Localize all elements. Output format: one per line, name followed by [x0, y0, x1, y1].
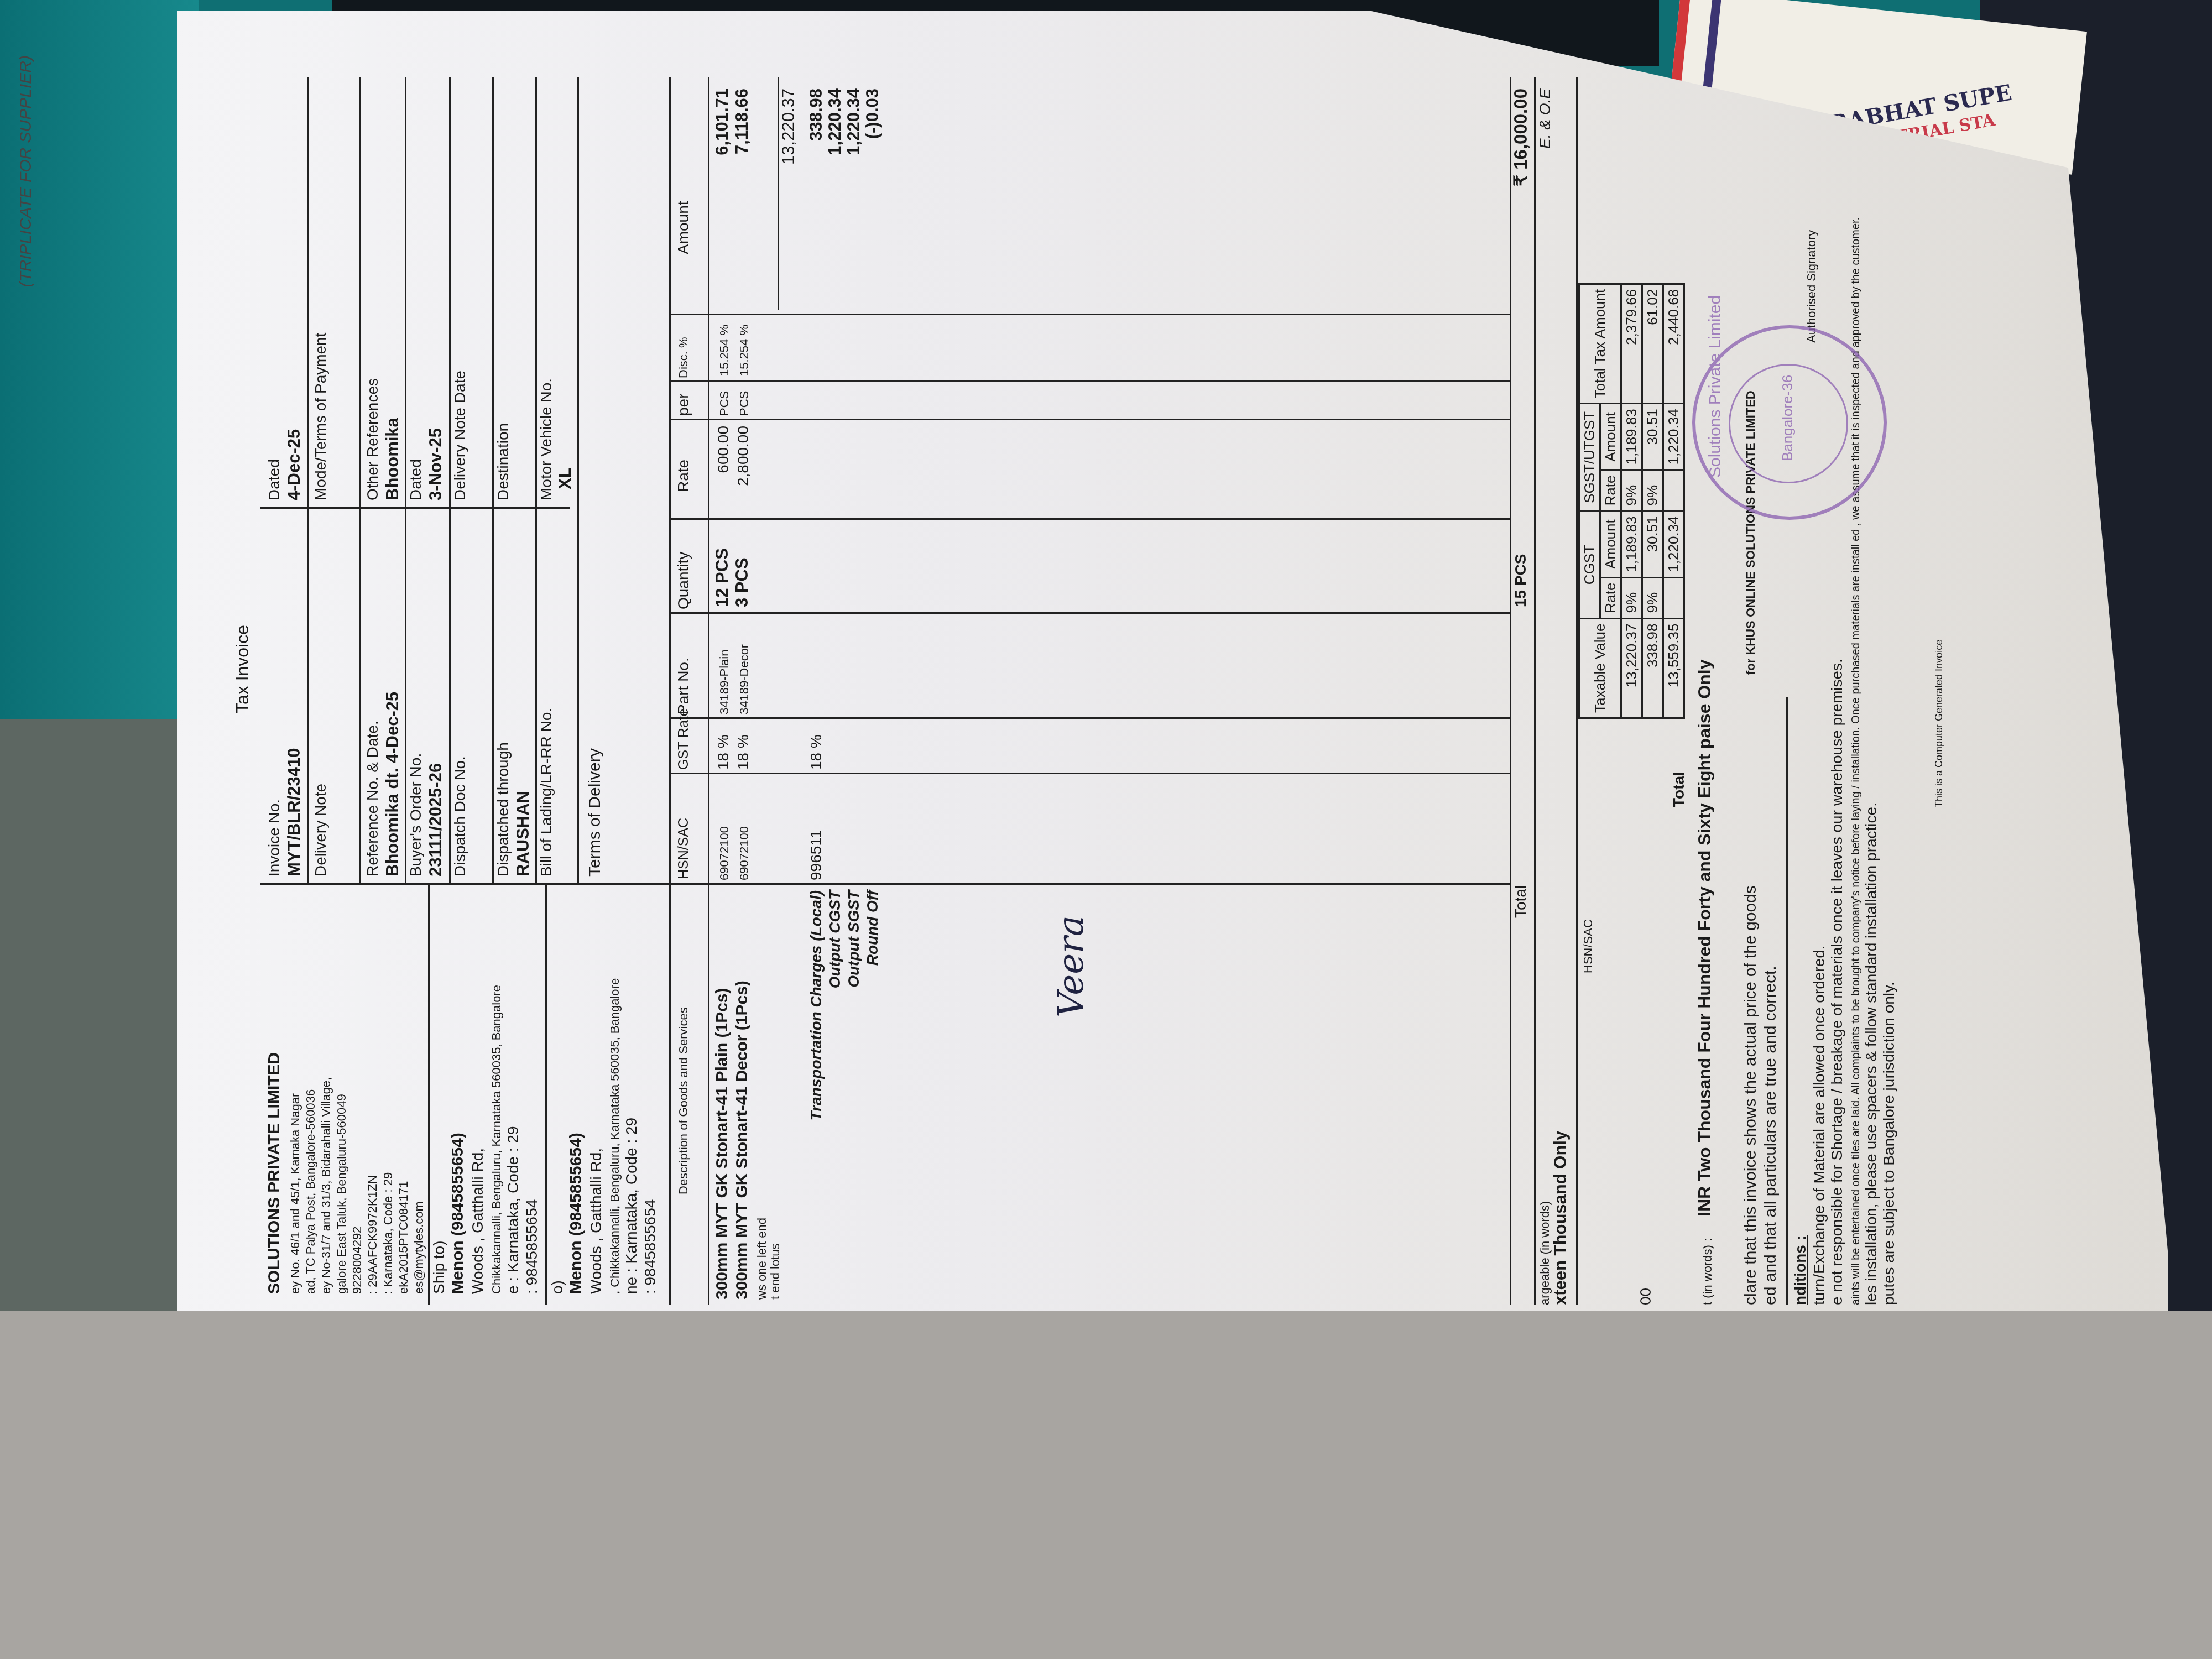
tax-summary-total-label: Total [1670, 771, 1688, 807]
header-part-no: Part No. [675, 658, 692, 714]
consignee-state: e : Karnataka, Code : 29 [504, 1126, 522, 1294]
header-quantity: Quantity [675, 552, 692, 609]
item-note-2: t end lotus [766, 1243, 784, 1300]
item-hsn: 69072100 [735, 826, 753, 880]
tax-cgst-amount: 1,189.83 [1621, 511, 1642, 577]
meta-label-vehicle-no: Motor Vehicle No. [538, 378, 555, 500]
tax-sgst-rate: 9% [1621, 470, 1642, 511]
item-disc: 15.254 % [716, 325, 733, 376]
tax-cgst-amount: 30.51 [1642, 511, 1663, 577]
charge-output-cgst: Output CGST [826, 890, 844, 1183]
tax-amount-in-words: INR Two Thousand Four Hundred Forty and … [1695, 660, 1713, 1217]
item-amount: 7,118.66 [733, 88, 751, 310]
meta-label-buyers-order: Buyer's Order No. [407, 753, 425, 877]
seller-email: es@mytyles.com [410, 1201, 428, 1294]
page-title: Tax Invoice [232, 33, 253, 1305]
order-date-value: 3-Nov-25 [427, 428, 445, 500]
meta-label-dispatch-doc: Dispatch Doc No. [451, 756, 469, 877]
hsn-summary-label: HSN/SAC [1579, 919, 1597, 973]
eoe-label: E. & O.E [1536, 88, 1554, 310]
item-gst-rate: 18 % [714, 734, 732, 770]
computer-generated-note: This is a Computer Generated Invoice [1930, 640, 1948, 807]
grey-surface-left [0, 719, 182, 1311]
meta-label-dispatched-through: Dispatched through [494, 742, 512, 877]
tax-taxable: 13,220.37 [1621, 618, 1642, 718]
condition-2: e not responsible for Shortage / breakag… [1828, 659, 1846, 1305]
consignee-phone: : 9845855654 [523, 1199, 541, 1294]
meta-label-terms-of-delivery: Terms of Delivery [586, 748, 604, 877]
tax-total: 2,379.66 [1621, 284, 1642, 404]
amount-in-words: xteen Thousand Only [1552, 1131, 1569, 1305]
consignee-address: Woods , Gatthalli Rd, [469, 1148, 487, 1294]
header-hsn: HSN/SAC [675, 818, 692, 879]
declaration-line-1: clare that this invoice shows the actual… [1742, 885, 1760, 1305]
charge-output-sgst-amount: 1,220.34 [845, 88, 863, 310]
stamp-city: Bangalore-36 [1778, 375, 1796, 461]
item-per: PCS [716, 391, 733, 416]
header-description: Description of Goods and Services [675, 1007, 692, 1194]
item-gst-rate: 18 % [734, 734, 752, 770]
item-per: PCS [735, 391, 753, 416]
other-references-value: Bhoomika [384, 418, 401, 500]
tax-cgst-rate: 9% [1642, 577, 1663, 618]
item-part-no: 34189-Decor [735, 644, 753, 714]
tax-total: 61.02 [1642, 284, 1663, 404]
header-gst-rate: GST Rate [675, 708, 692, 770]
tax-header-taxable: Taxable Value [1579, 618, 1621, 718]
buyer-address: Woods , Gatthalli Rd, [587, 1148, 605, 1294]
handwritten-signature: Veera [1051, 915, 1092, 1018]
charge-output-cgst-amount: 1,220.34 [826, 88, 844, 310]
meta-label-destination: Destination [494, 423, 512, 500]
tax-taxable: 338.98 [1642, 618, 1663, 718]
conditions-heading: nditions : [1792, 1235, 1809, 1305]
table-row: 338.98 9% 30.51 9% 30.51 61.02 [1642, 284, 1663, 718]
header-rate: Rate [675, 460, 692, 492]
company-stamp: Solutions Private Limited Bangalore-36 [1692, 325, 1887, 520]
meta-label-order-dated: Dated [407, 459, 425, 500]
stamp-text: Solutions Private Limited [1707, 295, 1724, 478]
item-disc: 15.254 % [735, 325, 753, 376]
tax-sgst-amount: 30.51 [1642, 404, 1663, 470]
tax-total-amount: 2,440.68 [1663, 284, 1684, 404]
vehicle-no-value: XL [556, 467, 574, 489]
reference-value: Bhoomika dt. 4-Dec-25 [384, 692, 401, 877]
tax-sgst-amount: 1,189.83 [1621, 404, 1642, 470]
authorised-signatory: Authorised Signatory [1803, 230, 1820, 343]
tax-header-cgst: CGST [1579, 511, 1600, 618]
tax-header-sgst: SGST/UTGST [1579, 404, 1600, 511]
item-hsn: 69072100 [716, 826, 733, 880]
buyer-heading: o) [549, 1280, 566, 1294]
tax-header-sgst-rate: Rate [1600, 470, 1621, 511]
consignee-address-2: Chikkakannalli, Bengaluru, Karnataka 560… [488, 985, 505, 1294]
dispatched-through-value: RAUSHAN [514, 791, 532, 877]
meta-label-bill-of-lading: Bill of Lading/LR-RR No. [538, 708, 555, 877]
charge-transportation-hsn: 996511 [807, 830, 825, 880]
subtotal-amount: 13,220.37 [780, 88, 797, 310]
tax-total-taxable: 13,559.35 [1663, 618, 1684, 718]
declaration-line-2: ed and that all particulars are true and… [1762, 966, 1780, 1305]
condition-5: putes are subject to Bangalore jurisdict… [1880, 982, 1898, 1305]
invoice-number: MYT/BLR/23410 [285, 748, 303, 877]
table-row: 13,220.37 9% 1,189.83 9% 1,189.83 2,379.… [1621, 284, 1642, 718]
charge-round-off-amount: (-)0.03 [864, 88, 881, 310]
seller-name: SOLUTIONS PRIVATE LIMITED [265, 1052, 283, 1294]
header-disc: Disc. % [675, 337, 692, 378]
tax-cgst-rate: 9% [1621, 577, 1642, 618]
item-quantity: 3 PCS [733, 557, 751, 607]
consignee-heading: Ship to) [430, 1241, 448, 1295]
meta-label-delivery-note-date: Delivery Note Date [451, 371, 469, 500]
grand-total: ₹ 16,000.00 [1512, 88, 1530, 310]
invoice-date: 4-Dec-25 [285, 429, 303, 500]
copy-label: (TRIPLICATE FOR SUPPLIER) [17, 55, 35, 288]
item-rate: 2,800.00 [734, 426, 752, 514]
buyer-address-2: , Chikkakannalli, Bengaluru, Karnataka 5… [606, 978, 624, 1294]
tax-words-label: t (in words) : [1699, 1238, 1717, 1305]
item-part-no: 34189-Plain [716, 650, 733, 714]
item-description: 300mm MYT GK Stonart-41 Decor (1Pcs) [733, 980, 751, 1300]
total-quantity: 15 PCS [1512, 554, 1530, 608]
total-row-label: Total [1512, 885, 1530, 918]
tax-total-sgst: 1,220.34 [1663, 404, 1684, 470]
tax-invoice: Tax Invoice (TRIPLICATE FOR SUPPLIER) SO… [199, 33, 2024, 1305]
photo-area: PRABHAT SUPE INDUSTRIAL STA Ph : 2280 Ta… [0, 0, 2212, 1311]
meta-label-dated: Dated [265, 459, 283, 500]
charge-round-off: Round Off [864, 890, 881, 1183]
table-row-total: 13,559.35 1,220.34 1,220.34 2,440.68 [1663, 284, 1684, 718]
condition-1: turn/Exchange of Material are allowed on… [1811, 945, 1828, 1305]
charge-transportation-gst: 18 % [807, 734, 825, 770]
meta-label-invoice-no: Invoice No. [265, 799, 283, 877]
header-amount: Amount [675, 201, 692, 255]
meta-label-delivery-note: Delivery Note [312, 784, 330, 877]
charge-transportation-amount: 338.98 [807, 88, 825, 310]
tax-total-cgst: 1,220.34 [1663, 511, 1684, 577]
item-description: 300mm MYT GK Stonart-41 Plain (1Pcs) [713, 988, 731, 1300]
charge-output-sgst: Output SGST [845, 890, 863, 1183]
meta-label-payment-terms: Mode/Terms of Payment [312, 333, 330, 500]
item-amount: 6,101.71 [713, 88, 731, 310]
buyer-name: Menon (9845855654) [567, 1133, 585, 1294]
header-per: per [675, 394, 692, 416]
tax-header-cgst-rate: Rate [1600, 577, 1621, 618]
consignee-name: Menon (9845855654) [449, 1133, 467, 1294]
item-quantity: 12 PCS [713, 548, 731, 607]
hsn-summary-code: 00 [1637, 1288, 1655, 1305]
tax-header-cgst-amount: Amount [1600, 511, 1621, 577]
tax-summary-table: Taxable Value CGST SGST/UTGST Total Tax … [1578, 283, 1685, 719]
buyer-phone: : 9845855654 [641, 1199, 659, 1294]
tax-header-total: Total Tax Amount [1579, 284, 1621, 404]
condition-4: les installation, please use spacers & f… [1863, 802, 1880, 1305]
item-rate: 600.00 [714, 426, 732, 514]
meta-label-other-references: Other References [364, 378, 382, 500]
buyers-order-value: 23111/2025-26 [427, 763, 445, 877]
tax-sgst-rate: 9% [1642, 470, 1663, 511]
charge-transportation: Transportation Charges (Local) [807, 890, 825, 1183]
buyer-state: ne : Karnataka, Code : 29 [623, 1118, 640, 1294]
meta-label-reference: Reference No. & Date. [364, 721, 382, 877]
tax-header-sgst-amount: Amount [1600, 404, 1621, 470]
